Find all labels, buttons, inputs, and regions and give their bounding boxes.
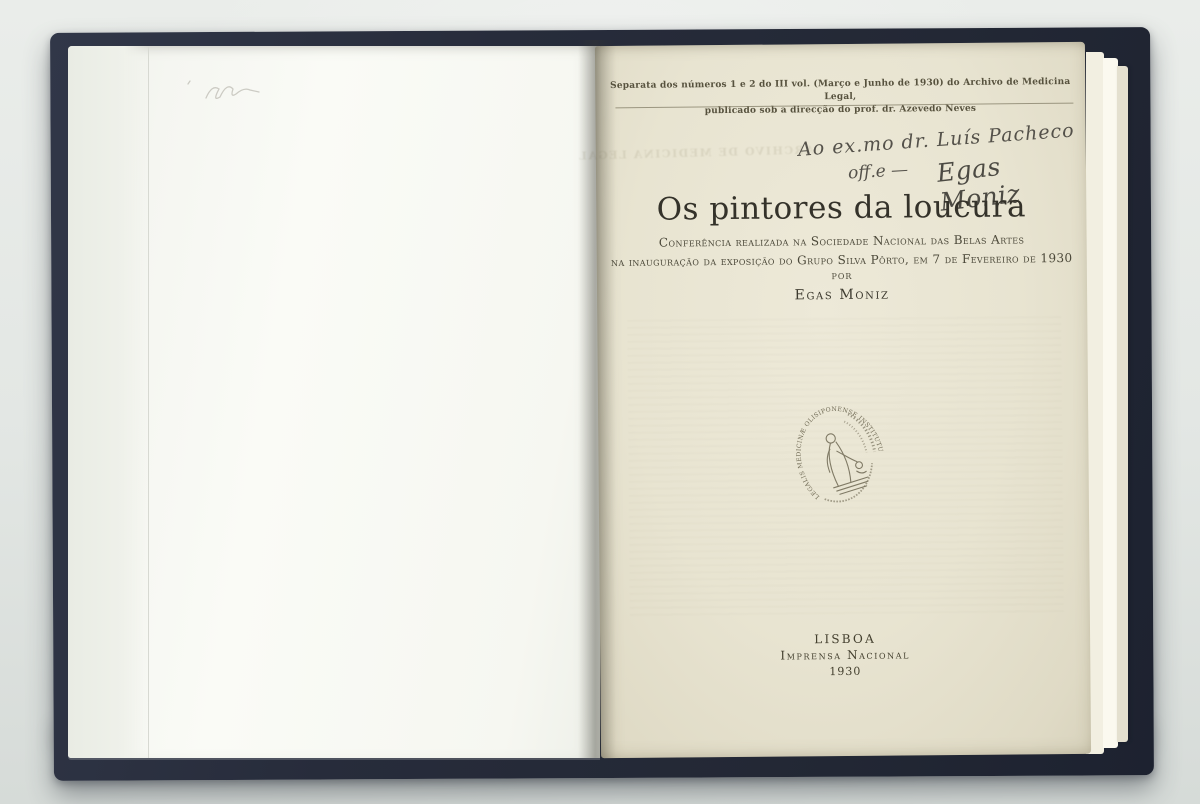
author-name: Egas Moniz	[597, 285, 1087, 305]
subtitle: Conferência realizada na Sociedade Nacio…	[597, 230, 1087, 273]
page-edge	[1103, 58, 1118, 748]
imprint-block: Lisboa Imprensa Nacional 1930	[600, 630, 1090, 680]
imprint-year: 1930	[600, 663, 1090, 680]
institute-seal-icon: LEGALIS MEDICINÆ OLISIPONENSE INSTITUTUM	[780, 388, 903, 523]
subtitle-line2: na inauguração da exposição do Grupo Sil…	[611, 251, 1073, 269]
endpaper-fold-strip	[68, 46, 149, 758]
imprint-city: Lisboa	[600, 630, 1090, 648]
title-page: Separata dos números 1 e 2 do III vol. (…	[595, 42, 1091, 758]
pencil-mark	[176, 68, 268, 118]
page-edge	[1117, 66, 1128, 742]
series-note: Separata dos números 1 e 2 do III vol. (…	[595, 76, 1085, 119]
imprint-publisher: Imprensa Nacional	[600, 646, 1090, 664]
subtitle-line1: Conferência realizada na Sociedade Nacio…	[659, 232, 1025, 249]
page-title: Os pintores da loucura	[596, 188, 1086, 228]
showthrough-ghost-text: ARCHIVO DE MEDICINA LEGAL	[614, 144, 814, 162]
series-note-line1: Separata dos números 1 e 2 do III vol. (…	[610, 77, 1070, 102]
left-blank-page	[68, 46, 600, 758]
handwritten-dedication-line2: off.e —	[847, 160, 908, 184]
